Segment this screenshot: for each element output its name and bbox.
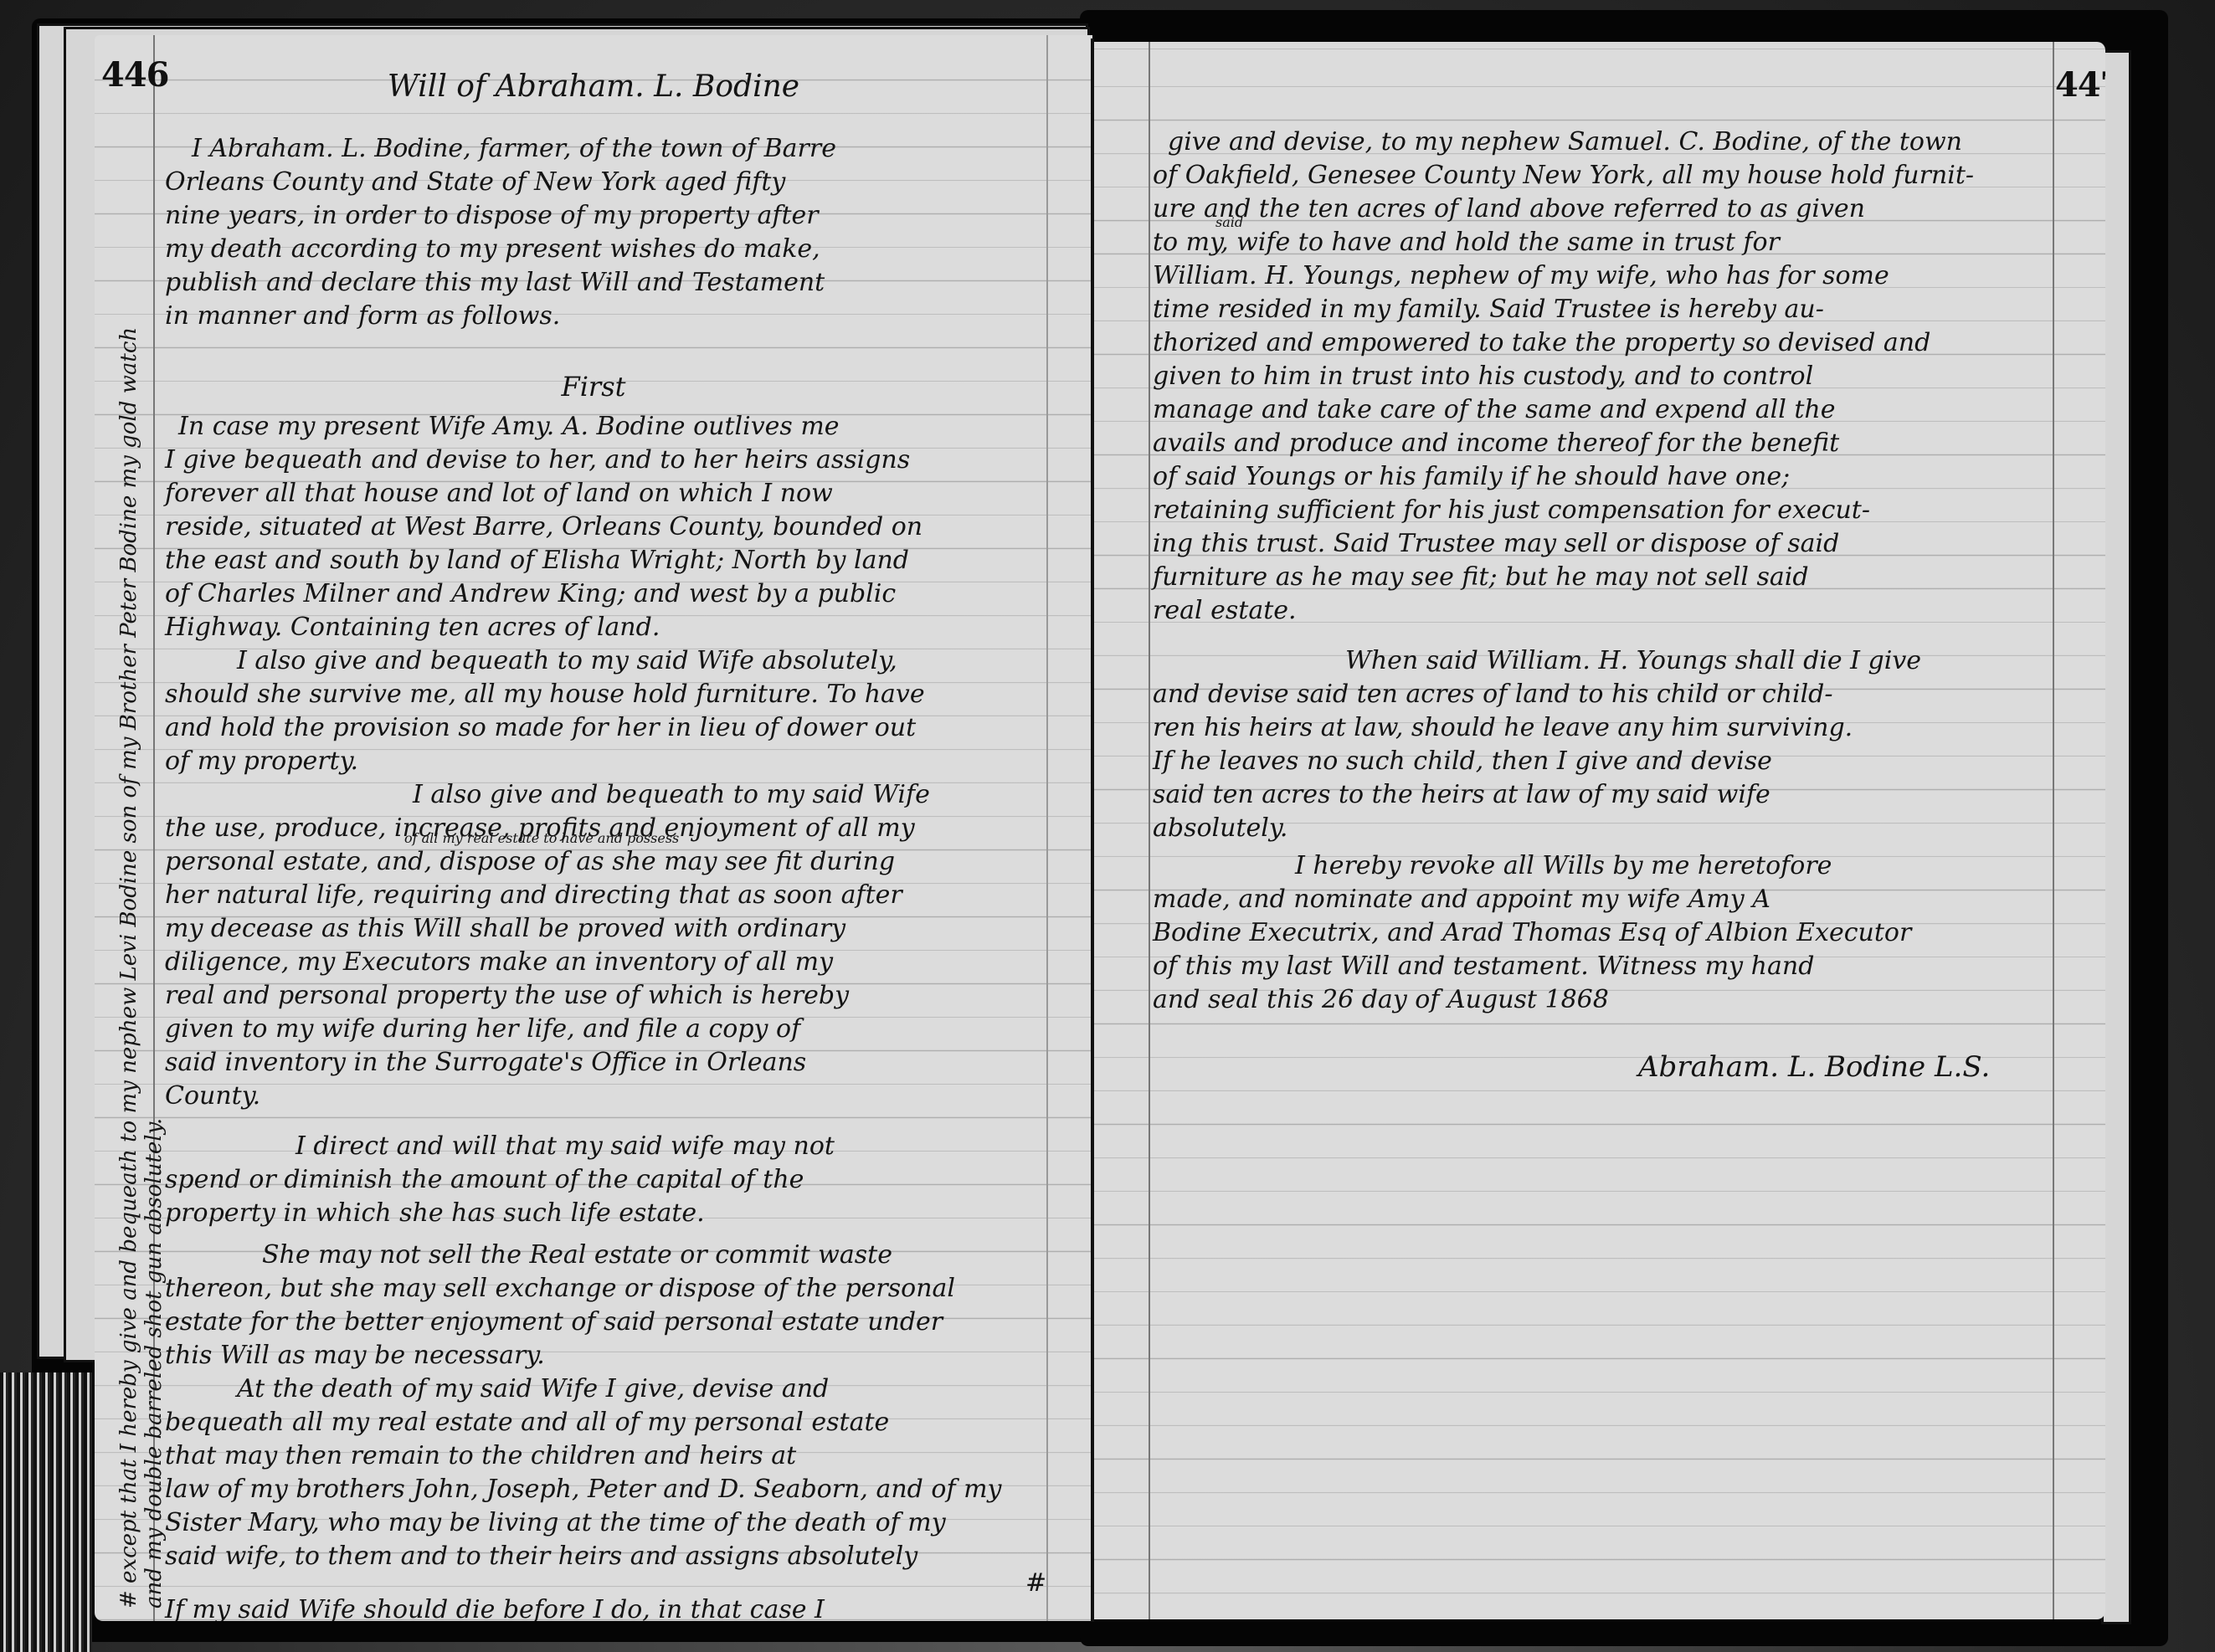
body-line: given to my wife during her life, and fi… (165, 1013, 800, 1046)
body-line: in manner and form as follows. (165, 300, 560, 333)
body-line: thereon, but she may sell exchange or di… (165, 1272, 955, 1306)
body-line: should she survive me, all my house hold… (165, 678, 925, 711)
body-line: law of my brothers John, Joseph, Peter a… (165, 1473, 1002, 1506)
body-line: I give bequeath and devise to her, and t… (165, 444, 910, 477)
body-line: County. (165, 1080, 260, 1113)
right-page: 447 give and devise, to my nephew Samuel… (1094, 42, 2105, 1619)
body-line: I hereby revoke all Wills by me heretofo… (1295, 849, 1832, 883)
body-line: thorized and empowered to take the prope… (1153, 326, 1930, 360)
body-line: this Will as may be necessary. (165, 1339, 545, 1372)
body-line: given to him in trust into his custody, … (1153, 360, 1813, 393)
body-line: I also give and bequeath to my said Wife (413, 778, 930, 812)
body-line: diligence, my Executors make an inventor… (165, 946, 833, 979)
body-line: that may then remain to the children and… (165, 1439, 796, 1473)
body-line: manage and take care of the same and exp… (1153, 393, 1835, 427)
left-page-right-rule (1046, 35, 1048, 1621)
body-line: made, and nominate and appoint my wife A… (1153, 883, 1770, 916)
section-heading-first: First (95, 370, 1092, 403)
body-line: of Charles Milner and Andrew King; and w… (165, 577, 896, 611)
body-line: of Oakfield, Genesee County New York, al… (1153, 159, 1974, 192)
body-line: said wife, to them and to their heirs an… (165, 1540, 917, 1573)
margin-annotation-line-1: # except that I hereby give and bequeath… (115, 327, 143, 1608)
left-page: 446 Will of Abraham. L. Bodine I Abraham… (95, 35, 1092, 1621)
body-line: her natural life, requiring and directin… (165, 879, 902, 912)
body-line: of my property. (165, 745, 358, 778)
body-line: avails and produce and income thereof fo… (1153, 427, 1839, 460)
body-line: Bodine Executrix, and Arad Thomas Esq of… (1153, 916, 1911, 950)
body-line: retaining sufficient for his just compen… (1153, 494, 1870, 527)
body-line: estate for the better enjoyment of said … (165, 1306, 943, 1339)
body-line: reside, situated at West Barre, Orleans … (165, 510, 922, 544)
body-line: real and personal property the use of wh… (165, 979, 849, 1013)
binding-clip (0, 1372, 92, 1652)
body-line: furniture as he may see fit; but he may … (1153, 561, 1809, 594)
body-line: and devise said ten acres of land to his… (1153, 678, 1833, 711)
body-line: I also give and bequeath to my said Wife… (237, 644, 897, 678)
body-line: of this my last Will and testament. Witn… (1153, 950, 1814, 983)
body-line: At the death of my said Wife I give, dev… (237, 1372, 829, 1406)
body-line: ure and the ten acres of land above refe… (1153, 192, 1865, 226)
body-line: real estate. (1153, 594, 1297, 628)
body-line: give and devise, to my nephew Samuel. C.… (1168, 126, 1962, 159)
body-line: nine years, in order to dispose of my pr… (165, 199, 819, 233)
body-line: When said William. H. Youngs shall die I… (1345, 644, 1921, 678)
body-line: to my, wife to have and hold the same in… (1153, 226, 1780, 259)
margin-annotation-line-2: and my double barreled shot gun absolute… (140, 1118, 168, 1608)
body-line: my death according to my present wishes … (165, 233, 820, 266)
will-title: Will of Abraham. L. Bodine (95, 70, 1092, 104)
body-line: property in which she has such life esta… (165, 1197, 705, 1230)
body-line: If he leaves no such child, then I give … (1153, 745, 1772, 778)
right-page-right-rule (2053, 42, 2054, 1619)
body-line: publish and declare this my last Will an… (165, 266, 825, 300)
body-line: bequeath all my real estate and all of m… (165, 1406, 889, 1439)
body-line: ren his heirs at law, should he leave an… (1153, 711, 1853, 745)
hash-mark: # (1025, 1567, 1046, 1600)
body-line: If my said Wife should die before I do, … (165, 1593, 825, 1621)
body-line: forever all that house and lot of land o… (165, 477, 833, 510)
body-line: of said Youngs or his family if he shoul… (1153, 460, 1790, 494)
body-line: personal estate, and, dispose of as she … (165, 845, 895, 879)
body-line: Sister Mary, who may be living at the ti… (165, 1506, 946, 1540)
body-line: spend or diminish the amount of the capi… (165, 1163, 804, 1197)
page-number-447: 447 (2055, 65, 2105, 105)
body-line: and seal this 26 day of August 1868 (1153, 983, 1609, 1017)
body-line: I direct and will that my said wife may … (296, 1130, 835, 1163)
body-line: In case my present Wife Amy. A. Bodine o… (178, 410, 840, 444)
body-line: said inventory in the Surrogate's Office… (165, 1046, 806, 1080)
right-page-margin-rule (1149, 42, 1150, 1619)
body-line: She may not sell the Real estate or comm… (262, 1239, 892, 1272)
body-line: Orleans County and State of New York age… (165, 166, 785, 199)
signature: Abraham. L. Bodine L.S. (1638, 1050, 1990, 1084)
right-page-stack-1 (2101, 50, 2131, 1624)
body-line: said ten acres to the heirs at law of my… (1153, 778, 1770, 812)
body-line: and hold the provision so made for her i… (165, 711, 916, 745)
body-line: I Abraham. L. Bodine, farmer, of the tow… (192, 132, 836, 166)
interlineation: of all my real estate to have and posses… (404, 830, 679, 847)
body-line: the east and south by land of Elisha Wri… (165, 544, 909, 577)
body-line: ing this trust. Said Trustee may sell or… (1153, 527, 1839, 561)
body-line: William. H. Youngs, nephew of my wife, w… (1153, 259, 1889, 293)
body-line: absolutely. (1153, 812, 1287, 845)
body-line: time resided in my family. Said Trustee … (1153, 293, 1824, 326)
body-line: my decease as this Will shall be proved … (165, 912, 845, 946)
body-line: Highway. Containing ten acres of land. (165, 611, 660, 644)
